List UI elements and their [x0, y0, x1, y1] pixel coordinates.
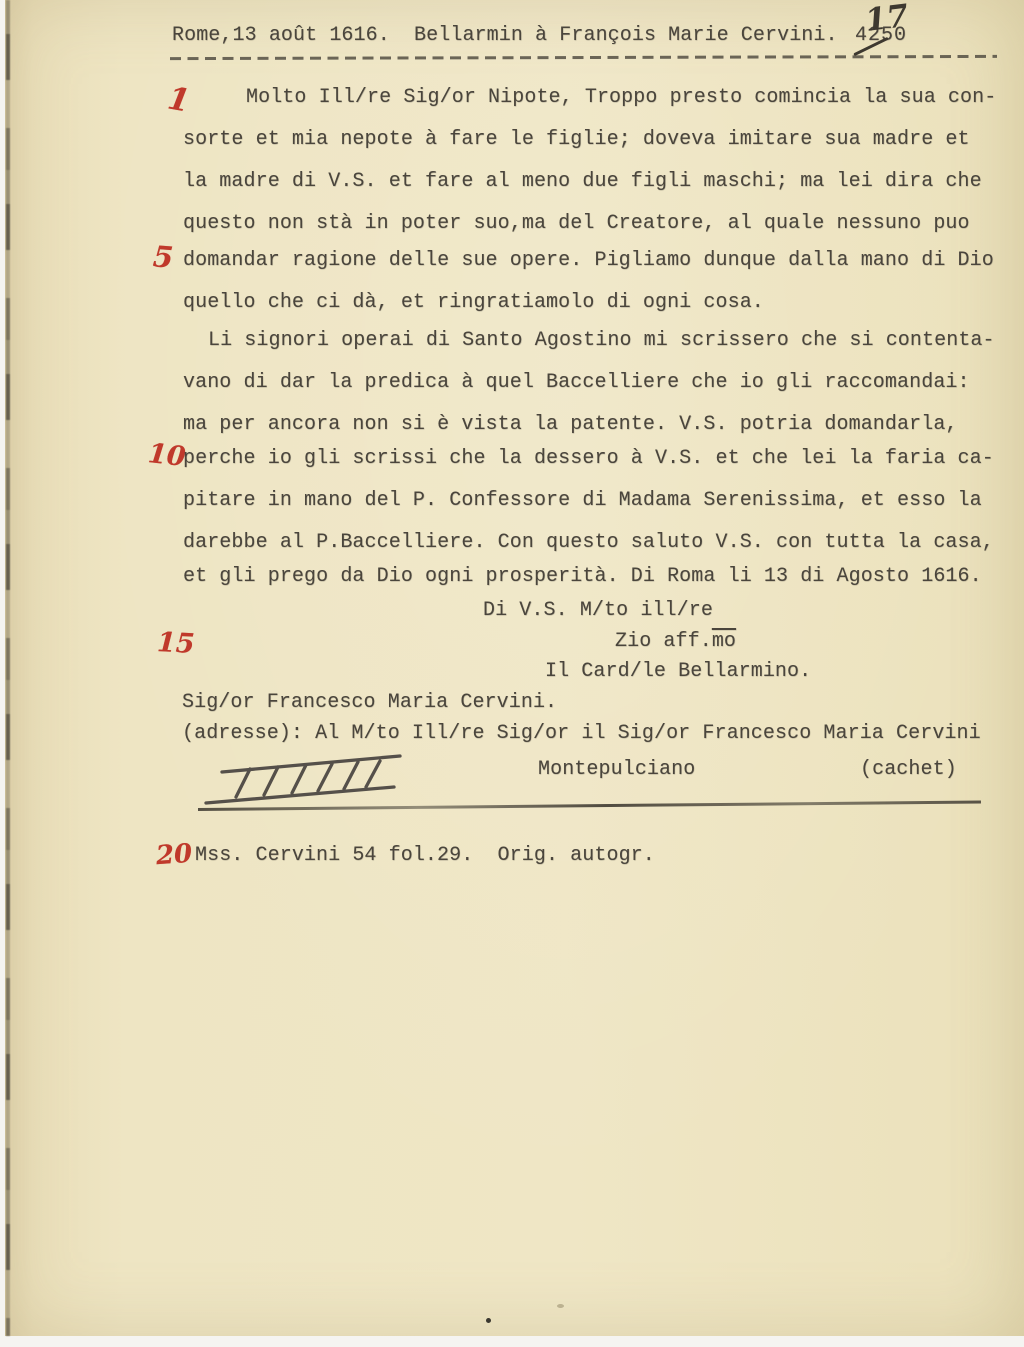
- body-line: domandar ragione delle sue opere. Piglia…: [183, 249, 994, 272]
- header-title: Rome,13 août 1616. Bellarmin à François …: [172, 24, 838, 47]
- margin-line-number-15: 15: [156, 627, 195, 660]
- archive-number-block: 17 4250: [855, 2, 965, 47]
- address-line: (adresse): Al M/to Ill/re Sig/or il Sig/…: [182, 722, 981, 745]
- header-dashed-underline: [170, 55, 997, 60]
- body-line: vano di dar la predica à quel Baccellier…: [183, 371, 970, 394]
- body-line: darebbe al P.Baccelliere. Con questo sal…: [183, 531, 994, 554]
- body-line: perche io gli scrissi che la dessero à V…: [183, 447, 994, 470]
- paper-torn-edge: [6, 0, 10, 1336]
- closing-line-di-vs: Di V.S. M/to ill/re: [483, 599, 713, 622]
- address-place: Montepulciano: [538, 758, 695, 781]
- footer-reference: Mss. Cervini 54 fol.29. Orig. autogr.: [195, 844, 655, 867]
- closing-line-recipient: Sig/or Francesco Maria Cervini.: [182, 691, 557, 714]
- body-line: Molto Ill/re Sig/or Nipote, Troppo prest…: [246, 86, 996, 109]
- hatch-mark: [200, 746, 410, 810]
- paper-sheet: Rome,13 août 1616. Bellarmin à François …: [5, 0, 1024, 1336]
- closing-zio-overlined: mo: [712, 630, 736, 653]
- margin-line-number-20: 20: [155, 839, 193, 871]
- closing-line-cardinal: Il Card/le Bellarmino.: [545, 660, 811, 683]
- body-line: quello che ci dà, et ringratiamolo di og…: [183, 291, 764, 314]
- body-line: pitare in mano del P. Confessore di Mada…: [183, 489, 982, 512]
- ink-speck: [486, 1318, 491, 1323]
- paper-smudge: [557, 1304, 564, 1308]
- body-line: et gli prego da Dio ogni prosperità. Di …: [183, 565, 982, 588]
- body-line: ma per ancora non si è vista la patente.…: [183, 413, 958, 436]
- margin-line-number-5: 5: [152, 239, 175, 274]
- scanned-letter-page: { "document": { "header": { "title": "Ro…: [0, 0, 1024, 1347]
- margin-line-number-10: 10: [146, 438, 187, 473]
- body-line: Li signori operai di Santo Agostino mi s…: [208, 329, 995, 352]
- closing-line-zio: Zio aff.mo: [615, 630, 736, 653]
- body-line: questo non stà in poter suo,ma del Creat…: [183, 212, 970, 235]
- body-line: sorte et mia nepote à fare le figlie; do…: [183, 128, 970, 151]
- closing-zio-prefix: Zio aff.: [615, 630, 712, 653]
- body-line: la madre di V.S. et fare al meno due fig…: [183, 170, 982, 193]
- margin-line-number-1: 1: [165, 80, 193, 119]
- address-cachet: (cachet): [860, 758, 957, 781]
